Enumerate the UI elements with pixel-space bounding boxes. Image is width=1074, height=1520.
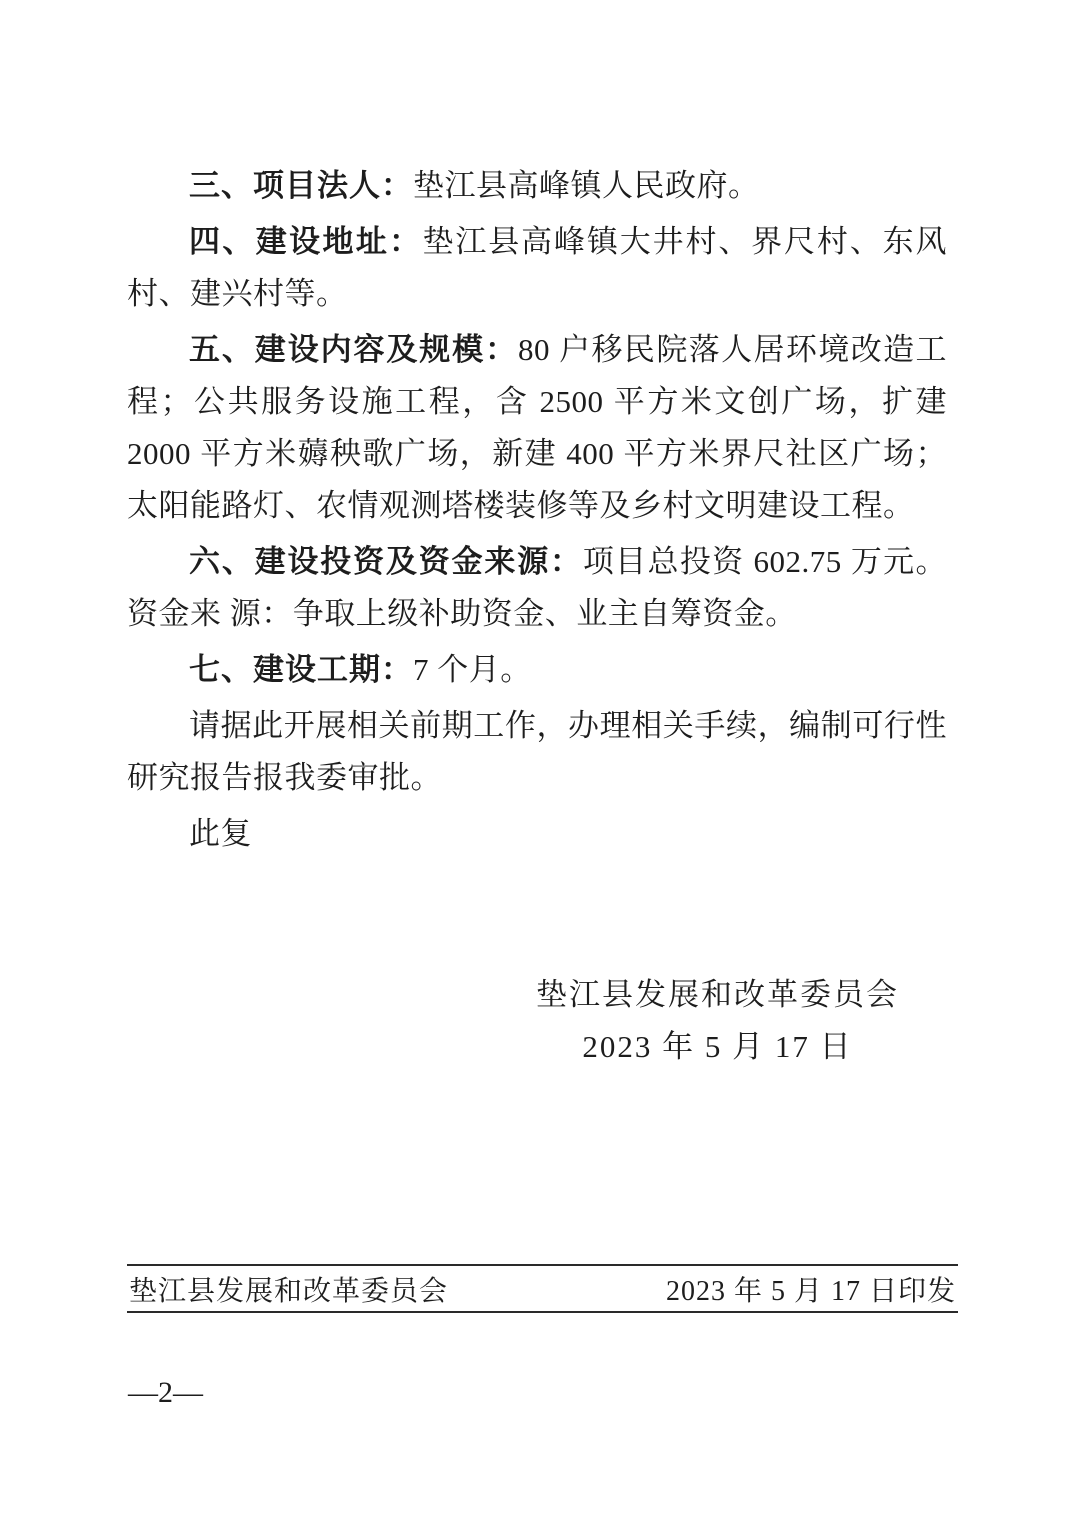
paragraph-closing-instruction: 请据此开展相关前期工作，办理相关手续，编制可行性研究报告报我委审批。 xyxy=(127,700,947,804)
colophon: 垫江县发展和改革委员会 2023 年 5 月 17 日印发 xyxy=(127,1264,958,1313)
colophon-row: 垫江县发展和改革委员会 2023 年 5 月 17 日印发 xyxy=(127,1266,958,1311)
document-body: 三、项目法人：垫江县高峰镇人民政府。 四、建设地址：垫江县高峰镇大井村、界尺村、… xyxy=(127,160,947,860)
document-page: 三、项目法人：垫江县高峰镇人民政府。 四、建设地址：垫江县高峰镇大井村、界尺村、… xyxy=(0,0,1074,1520)
paragraph-text: 此复 xyxy=(189,816,252,851)
paragraph-text: 请据此开展相关前期工作，办理相关手续，编制可行性研究报告报我委审批。 xyxy=(127,708,947,795)
paragraph-text: 垫江县高峰镇人民政府。 xyxy=(413,168,760,203)
signature-block: 垫江县发展和改革委员会 2023 年 5 月 17 日 xyxy=(460,969,975,1073)
paragraph-text: 7 个月。 xyxy=(413,652,532,687)
paragraph-label: 四、建设地址： xyxy=(189,224,423,259)
paragraph-label: 五、建设内容及规模： xyxy=(189,332,518,367)
signature-organization: 垫江县发展和改革委员会 xyxy=(460,969,975,1021)
paragraph-construction-address: 四、建设地址：垫江县高峰镇大井村、界尺村、东风村、建兴村等。 xyxy=(127,216,947,320)
paragraph-label: 七、建设工期： xyxy=(189,652,413,687)
signature-date: 2023 年 5 月 17 日 xyxy=(460,1021,975,1073)
paragraph-label: 三、项目法人： xyxy=(189,168,413,203)
paragraph-closing-phrase: 此复 xyxy=(127,808,947,860)
colophon-issuer: 垫江县发展和改革委员会 xyxy=(129,1269,448,1309)
paragraph-investment-funding: 六、建设投资及资金来源：项目总投资 602.75 万元。资金来 源：争取上级补助… xyxy=(127,536,947,640)
paragraph-construction-period: 七、建设工期：7 个月。 xyxy=(127,644,947,696)
paragraph-label: 六、建设投资及资金来源： xyxy=(189,544,583,579)
colophon-print-date: 2023 年 5 月 17 日印发 xyxy=(666,1269,956,1309)
paragraph-construction-scope: 五、建设内容及规模：80 户移民院落人居环境改造工程；公共服务设施工程，含 25… xyxy=(127,324,947,532)
paragraph-project-legal-person: 三、项目法人：垫江县高峰镇人民政府。 xyxy=(127,160,947,212)
page-number: —2— xyxy=(128,1376,203,1410)
